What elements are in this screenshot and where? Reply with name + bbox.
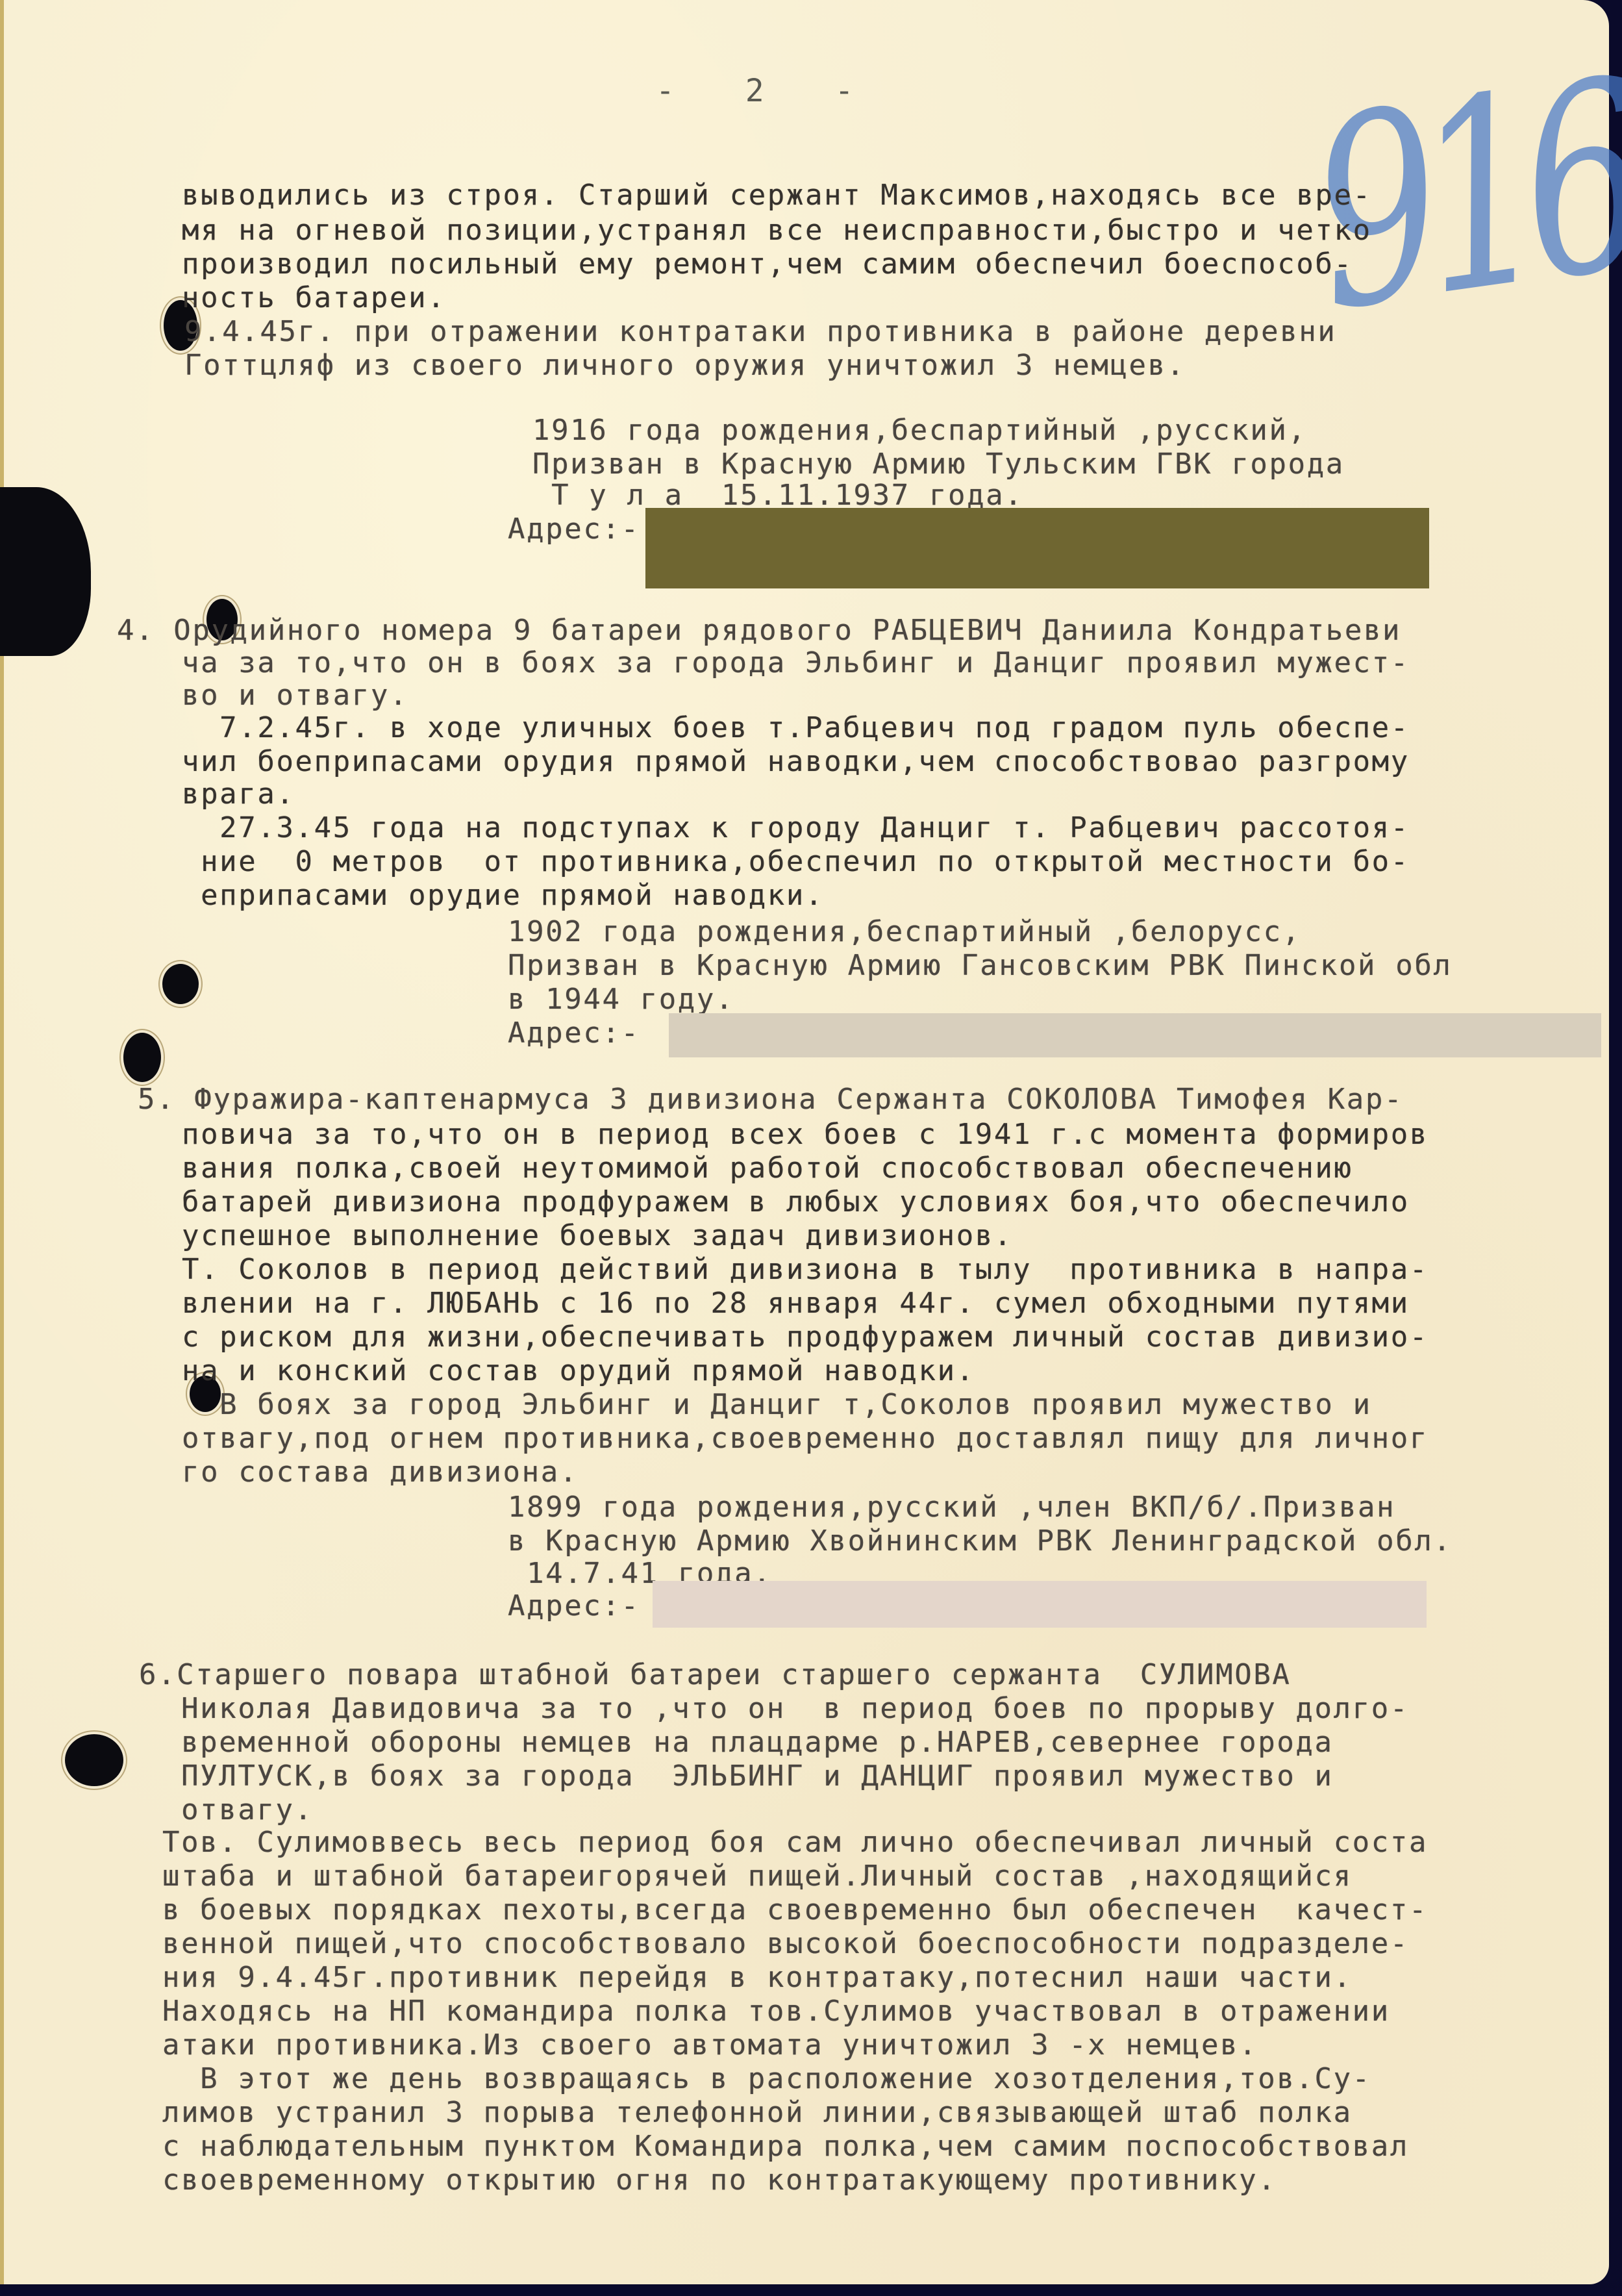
bio-line: 1902 года рождения,беспартийный ,белорус…: [508, 916, 1301, 948]
address-label: Адрес:-: [508, 513, 640, 546]
text-line: чил боеприпасами орудия прямой наводки,ч…: [182, 746, 1410, 778]
text-line: Находясь на НП командира полка тов.Сулим…: [162, 1995, 1390, 2028]
text-line: ность батареи.: [182, 282, 446, 314]
text-line: 9.4.45г. при отражении контратаки против…: [184, 316, 1337, 348]
text-line: лимов устранил 3 порыва телефонной линии…: [162, 2097, 1353, 2129]
text-line: отвагу.: [162, 1794, 314, 1826]
text-line: 7.2.45г. в ходе уличных боев т.Рабцевич …: [182, 712, 1410, 744]
text-line: с риском для жизни,обеспечивать продфура…: [182, 1321, 1429, 1354]
bio-line: Т у л а 15.11.1937 года.: [532, 479, 1023, 512]
paper-edge: [0, 0, 4, 2284]
text-line: Тов. Сулимоввесь весь период боя сам лич…: [162, 1826, 1428, 1859]
text-line: вания полка,своей неутомимой работой спо…: [182, 1152, 1353, 1185]
text-line: своевременному открытию огня по контрата…: [162, 2164, 1277, 2197]
text-line: 4. Орудийного номера 9 батареи рядового …: [117, 614, 1401, 647]
address-label: Адрес:-: [508, 1590, 640, 1622]
text-line: во и отвагу.: [182, 679, 408, 712]
text-line: ча за то,что он в боях за города Эльбинг…: [182, 647, 1410, 679]
bio-line: 1899 года рождения,русский ,член ВКП/б/.…: [508, 1491, 1395, 1524]
punch-hole: [162, 964, 199, 1004]
text-line: Т. Соколов в период действий дивизиона в…: [182, 1254, 1429, 1286]
redaction-bar: [645, 508, 1429, 588]
text-line: врага.: [182, 778, 295, 811]
text-line: производил посильный ему ремонт,чем сами…: [182, 248, 1353, 281]
text-line: 6.Старшего повара штабной батареи старше…: [139, 1659, 1291, 1691]
address-label: Адрес:-: [508, 1017, 640, 1050]
text-line: в боевых порядках пехоты,всегда своеврем…: [162, 1894, 1428, 1926]
text-line: выводились из строя. Старший сержант Мак…: [182, 179, 1372, 212]
text-line: го состава дивизиона.: [182, 1456, 579, 1489]
text-line: временной обороны немцев на плацдарме р.…: [162, 1726, 1334, 1759]
bio-line: в Красную Армию Хвойнинским РВК Ленингра…: [508, 1525, 1453, 1558]
text-line: батарей дивизиона продфуражем в любых ус…: [182, 1186, 1410, 1218]
punch-hole: [123, 1033, 161, 1082]
text-line: штаба и штабной батареигорячей пищей.Лич…: [162, 1860, 1353, 1893]
text-line: Николая Давидовича за то ,что он в перио…: [162, 1693, 1409, 1725]
text-line: В боях за город Эльбинг и Данциг т,Сокол…: [182, 1389, 1372, 1421]
text-line: влении на г. ЛЮБАНЬ с 16 по 28 января 44…: [182, 1287, 1410, 1320]
text-line: ния 9.4.45г.противник перейдя в контрата…: [162, 1962, 1353, 1994]
bio-line: Призван в Красную Армию Тульским ГВК гор…: [532, 448, 1345, 481]
bio-line: 1916 года рождения,беспартийный ,русский…: [532, 414, 1307, 447]
text-line: мя на огневой позиции,устранял все неисп…: [182, 214, 1372, 247]
text-line: на и конский состав орудий прямой наводк…: [182, 1355, 975, 1387]
text-line: атаки противника.Из своего автомата унич…: [162, 2029, 1258, 2062]
text-line: успешное выполнение боевых задач дивизио…: [182, 1220, 1013, 1252]
text-line: венной пищей,что способствовало высокой …: [162, 1928, 1409, 1960]
text-line: еприпасами орудие прямой наводки.: [182, 879, 824, 912]
text-line: В этот же день возвращаясь в расположени…: [162, 2063, 1371, 2095]
punch-hole: [65, 1734, 123, 1786]
text-line: ПУЛТУСК,в боях за города ЭЛЬБИНГ и ДАНЦИ…: [162, 1760, 1334, 1793]
text-line: с наблюдательным пунктом Командира полка…: [162, 2130, 1409, 2163]
redaction-bar: [669, 1013, 1601, 1057]
text-line: ние 0 метров от противника,обеспечил по …: [182, 846, 1410, 878]
text-line: 5. Фуражира-каптенармуса 3 дивизиона Сер…: [138, 1083, 1403, 1116]
redaction-bar: [653, 1581, 1427, 1628]
bio-line: Призван в Красную Армию Гансовским РВК П…: [508, 950, 1453, 982]
text-line: Готтцляф из своего личного оружия уничто…: [184, 349, 1186, 382]
text-line: повича за то,что он в период всех боев с…: [182, 1118, 1429, 1151]
page-number: - 2 -: [656, 73, 880, 109]
bio-line: в 1944 году.: [508, 983, 734, 1016]
text-line: 27.3.45 года на подступах к городу Данци…: [182, 812, 1410, 844]
text-line: отвагу,под огнем противника,своевременно…: [182, 1422, 1429, 1455]
